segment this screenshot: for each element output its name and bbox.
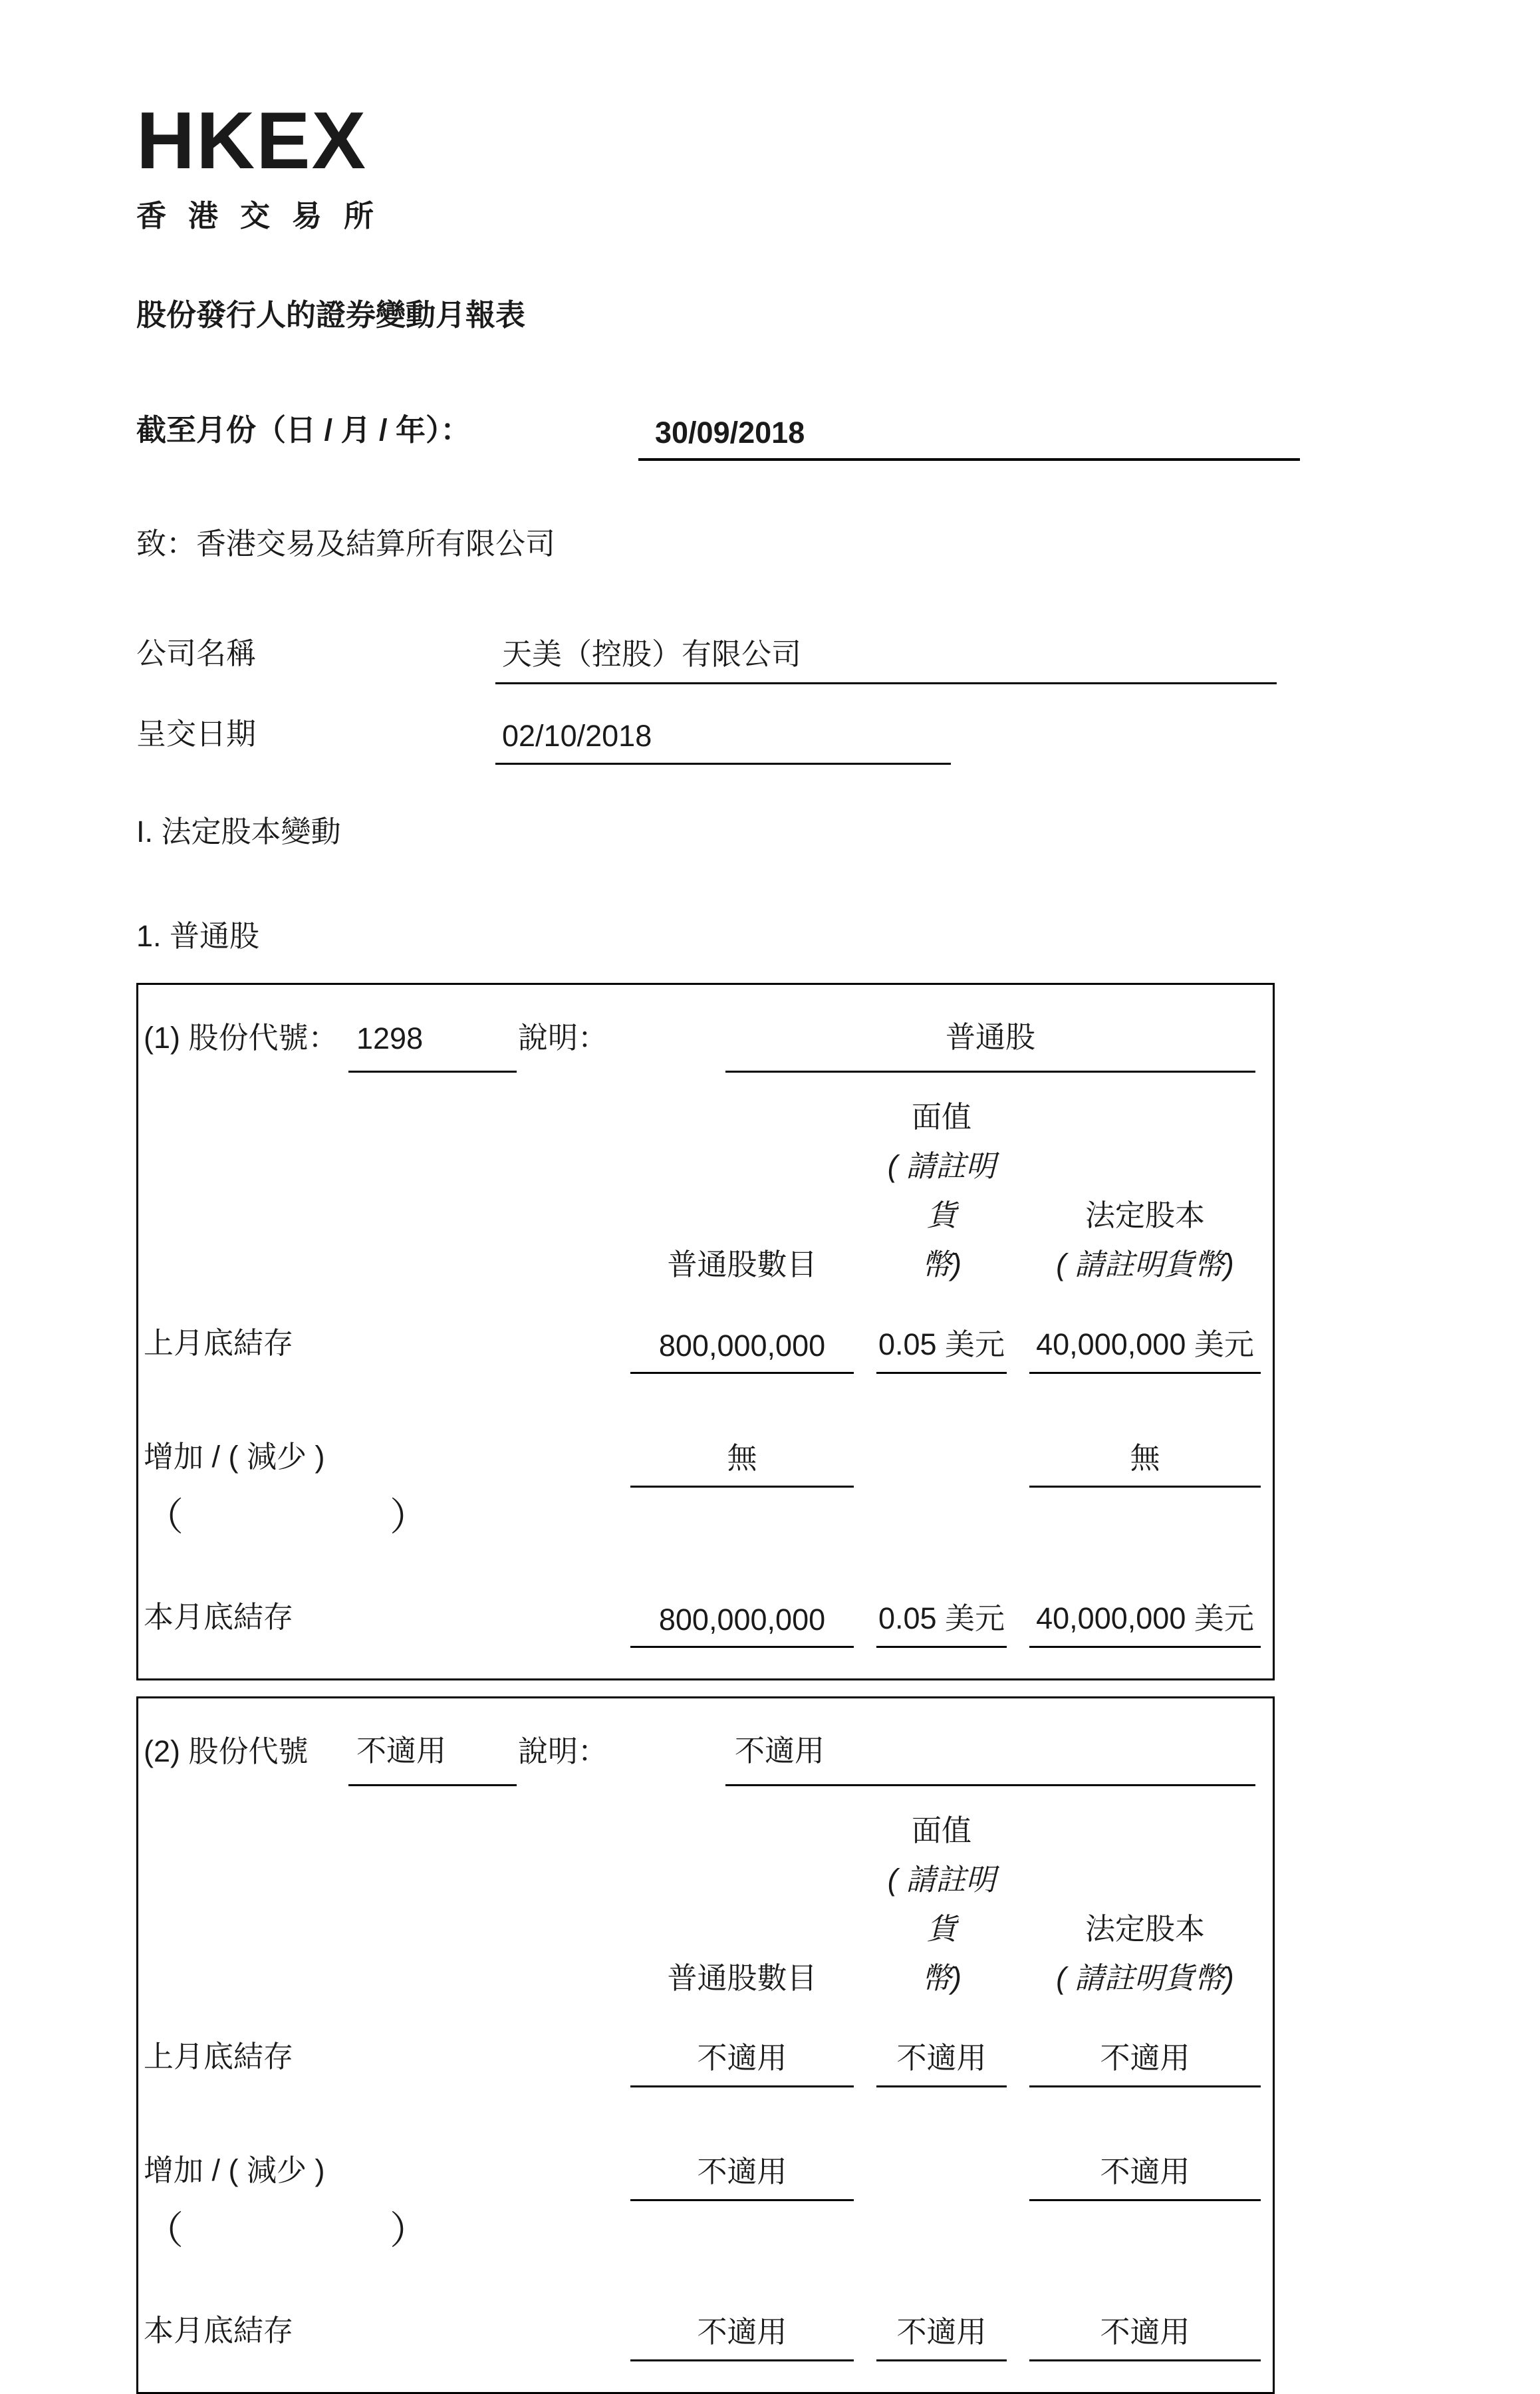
prev-par-value: 0.05 美元 xyxy=(876,1320,1007,1374)
stock-code-field: 不適用 xyxy=(348,1726,517,1786)
column-header-par-value: 面值 ( 請註明貨 幣) xyxy=(876,1093,1007,1289)
ordinary-shares-table-1: (1) 股份代號： 1298 說明： 普通股 普通股數目 面值 ( 請註明貨 幣… xyxy=(136,983,1275,1680)
hkex-logo-chinese-name: 香港交易所 xyxy=(136,192,1414,235)
submission-date-row: 呈交日期 02/10/2018 xyxy=(136,710,1414,765)
table-1-code-row: (1) 股份代號： 1298 說明： 普通股 xyxy=(138,985,1273,1073)
paren-open: （ xyxy=(145,2208,184,2254)
prev-par-value: 不適用 xyxy=(876,2034,1007,2087)
form-title: 股份發行人的證券變動月報表 xyxy=(136,291,1414,334)
column-header-shares-count: 普通股數目 xyxy=(630,1240,854,1289)
document-page: HKEX 香港交易所 股份發行人的證券變動月報表 截至月份（日 / 月 / 年）… xyxy=(0,0,1540,2394)
row-previous-month-balance: 上月底結存 800,000,000 0.05 美元 40,000,000 美元 xyxy=(138,1319,1273,1374)
row-current-month-balance: 本月底結存 不適用 不適用 不適用 xyxy=(138,2306,1273,2361)
description-field: 普通股 xyxy=(725,1013,1255,1073)
row-increase-decrease: 增加 / ( 減少 ) 不適用 不適用 xyxy=(138,2146,1273,2201)
change-shares-value: 不適用 xyxy=(630,2147,854,2201)
hkex-logo-wordmark: HKEX xyxy=(136,100,1414,181)
curr-par-value: 0.05 美元 xyxy=(876,1594,1007,1648)
change-authorized-value: 無 xyxy=(1029,1434,1261,1488)
prev-authorized-value: 不適用 xyxy=(1029,2034,1261,2087)
paren-close: ） xyxy=(390,1494,428,1541)
subsection-ordinary-shares-heading: 1. 普通股 xyxy=(136,912,1414,955)
submission-date-label: 呈交日期 xyxy=(136,710,495,765)
paren-open: （ xyxy=(145,1494,184,1541)
description-field: 不適用 xyxy=(725,1726,1255,1786)
description-label: 說明： xyxy=(517,1013,725,1073)
hkex-logo: HKEX 香港交易所 xyxy=(136,100,1414,235)
column-header-authorized-capital: 法定股本 ( 請註明貨幣) xyxy=(1029,1905,1261,2003)
prev-authorized-value: 40,000,000 美元 xyxy=(1029,1320,1261,1374)
description-label: 說明： xyxy=(517,1727,725,1786)
section-1-heading: I. 法定股本變動 xyxy=(136,807,1414,851)
curr-authorized-value: 40,000,000 美元 xyxy=(1029,1594,1261,1648)
ordinary-shares-table-2: (2) 股份代號 不適用 說明： 不適用 普通股數目 面值 ( 請註明貨 幣) … xyxy=(136,1696,1275,2394)
change-authorized-value: 不適用 xyxy=(1029,2147,1261,2201)
stock-code-field: 1298 xyxy=(348,1021,517,1073)
row-increase-decrease: 增加 / ( 減少 ) 無 無 xyxy=(138,1432,1273,1488)
row-current-month-balance: 本月底結存 800,000,000 0.05 美元 40,000,000 美元 xyxy=(138,1593,1273,1648)
stock-code-label: (1) 股份代號： xyxy=(144,1013,348,1073)
month-end-row: 截至月份（日 / 月 / 年）： 30/09/2018 xyxy=(136,406,1414,461)
month-end-value-field: 30/09/2018 xyxy=(638,416,1300,461)
column-header-authorized-capital: 法定股本 ( 請註明貨幣) xyxy=(1029,1191,1261,1289)
company-name-label: 公司名稱 xyxy=(136,629,495,684)
table-2-column-headers: 普通股數目 面值 ( 請註明貨 幣) 法定股本 ( 請註明貨幣) xyxy=(138,1806,1273,2003)
prev-shares-value: 不適用 xyxy=(630,2034,854,2087)
company-name-row: 公司名稱 天美（控股）有限公司 xyxy=(136,629,1414,684)
curr-authorized-value: 不適用 xyxy=(1029,2308,1261,2361)
row-previous-month-balance: 上月底結存 不適用 不適用 不適用 xyxy=(138,2032,1273,2087)
month-end-label: 截至月份（日 / 月 / 年）： xyxy=(136,406,638,461)
stock-code-label: (2) 股份代號 xyxy=(144,1727,348,1786)
submission-date-value-field: 02/10/2018 xyxy=(495,719,951,765)
change-detail-paren-line: （ ） xyxy=(138,2208,1273,2254)
change-shares-value: 無 xyxy=(630,1434,854,1488)
curr-shares-value: 不適用 xyxy=(630,2308,854,2361)
change-par-value-blank xyxy=(876,2163,1007,2201)
table-2-code-row: (2) 股份代號 不適用 說明： 不適用 xyxy=(138,1698,1273,1786)
company-name-value-field: 天美（控股）有限公司 xyxy=(495,630,1277,684)
paren-close: ） xyxy=(390,2208,428,2254)
curr-shares-value: 800,000,000 xyxy=(630,1603,854,1648)
curr-par-value: 不適用 xyxy=(876,2308,1007,2361)
prev-shares-value: 800,000,000 xyxy=(630,1329,854,1374)
change-detail-paren-line: （ ） xyxy=(138,1494,1273,1541)
addressee-line: 致：香港交易及結算所有限公司 xyxy=(136,519,1414,563)
change-par-value-blank xyxy=(876,1449,1007,1488)
column-header-shares-count: 普通股數目 xyxy=(630,1954,854,2003)
table-1-column-headers: 普通股數目 面值 ( 請註明貨 幣) 法定股本 ( 請註明貨幣) xyxy=(138,1093,1273,1289)
column-header-par-value: 面值 ( 請註明貨 幣) xyxy=(876,1806,1007,2003)
